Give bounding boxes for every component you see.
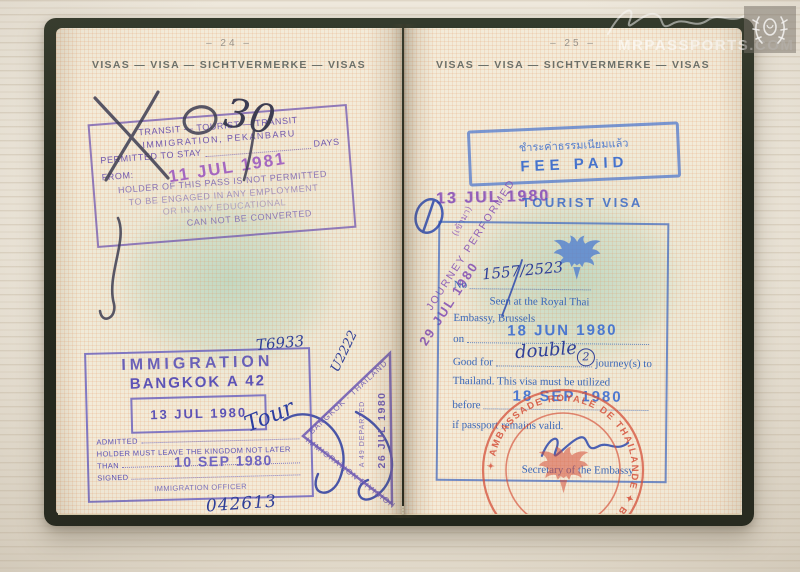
seal-garuda-icon bbox=[539, 447, 588, 494]
pen-stroke bbox=[244, 130, 254, 180]
o-mark bbox=[181, 104, 218, 137]
embassy-seal-stamp: ✦ AMBASSADE ROYALE DE THAILANDE ✦ BRUXEL… bbox=[478, 385, 648, 514]
circled-one-slash bbox=[423, 200, 434, 232]
departure-stamp-inner-text: A 49 DEPARTED bbox=[359, 401, 366, 467]
squiggle-mark bbox=[100, 218, 121, 319]
laurel-badge bbox=[744, 6, 796, 53]
handwritten-serial: 042613 bbox=[205, 492, 277, 514]
laurel-wreath-icon bbox=[748, 11, 792, 49]
x-mark-stroke bbox=[106, 92, 158, 180]
left-page: – 24 – VISAS — VISA — SICHTVERMERKE — VI… bbox=[56, 28, 402, 514]
dotted-leader bbox=[132, 474, 301, 479]
leave-by-date-stamp: 10 SEP 1980 bbox=[174, 452, 273, 470]
departure-date-stamp: 26 JUL 1980 bbox=[376, 391, 388, 468]
dotted-leader bbox=[141, 438, 299, 443]
passport-photo: – 24 – VISAS — VISA — SICHTVERMERKE — VI… bbox=[0, 0, 800, 572]
stamp-label: THAN bbox=[97, 461, 119, 471]
stamp-label: ADMITTED bbox=[96, 437, 138, 447]
right-page: – 25 – VISAS — VISA — SICHTVERMERKE — VI… bbox=[404, 28, 742, 514]
stamp-label: SIGNED bbox=[97, 473, 128, 483]
pen-slash bbox=[502, 260, 522, 316]
